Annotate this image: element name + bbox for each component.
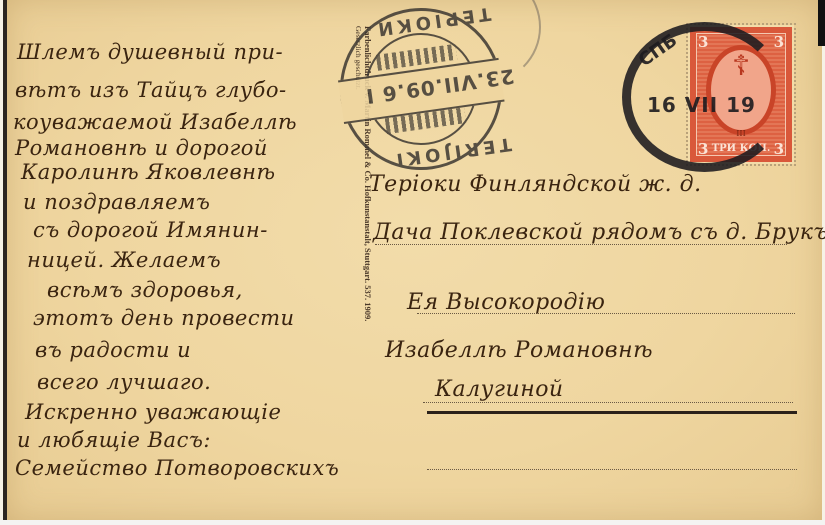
message-line: всего лучшаго. bbox=[37, 370, 211, 394]
message-line: Шлемъ душевный при- bbox=[17, 40, 283, 64]
message-line: Искренно уважающіе bbox=[25, 400, 281, 424]
cancellation-date: 16 VII 19 bbox=[647, 93, 756, 117]
message-line: въ радости и bbox=[35, 338, 191, 362]
message-line: этотъ день провести bbox=[33, 306, 295, 330]
message-line: Каролинѣ Яковлевнѣ bbox=[21, 160, 276, 184]
scan-edge bbox=[0, 520, 825, 525]
address-dotted-rule bbox=[427, 469, 797, 470]
message-line: вѣтъ изъ Тайцъ глубо- bbox=[15, 78, 287, 102]
message-line: всѣмъ здоровья, bbox=[47, 278, 243, 302]
address-line-town: Теріоки Финляндской ж. д. bbox=[369, 172, 702, 197]
scan-edge bbox=[818, 0, 825, 46]
message-line: и поздравляемъ bbox=[23, 190, 210, 214]
message-line: коуважаемой Изабеллѣ bbox=[13, 110, 297, 134]
postcard: Шлемъ душевный при- вѣтъ изъ Тайцъ глубо… bbox=[3, 0, 822, 520]
signature: Семейство Потворовскихъ bbox=[15, 456, 339, 480]
address-line-surname: Калугиной bbox=[435, 377, 564, 402]
stamp-corner-value: 3 bbox=[774, 33, 784, 51]
address-line-dacha: Дача Поклевской рядомъ съ д. Брукъ bbox=[373, 220, 825, 245]
message-line: Романовнѣ и дорогой bbox=[15, 136, 268, 160]
address-dotted-rule bbox=[423, 402, 793, 403]
address-line-name: Изабеллѣ Романовнѣ bbox=[385, 338, 653, 363]
message-line: и любящіе Васъ: bbox=[17, 428, 211, 452]
address-line-honorific: Ея Высокородію bbox=[407, 290, 605, 315]
message-line: съ дорогой Имянин- bbox=[33, 218, 268, 242]
address-underline bbox=[427, 411, 797, 414]
message-line: ницей. Желаемъ bbox=[27, 248, 221, 272]
